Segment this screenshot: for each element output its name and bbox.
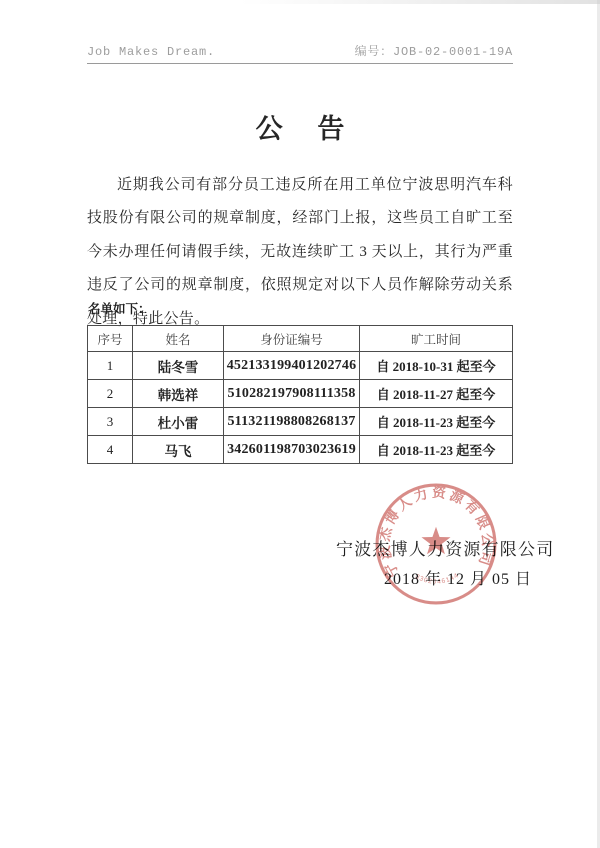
- header-slogan: Job Makes Dream.: [87, 45, 215, 59]
- table-header-row: 序号 姓名 身份证编号 旷工时间: [88, 326, 513, 352]
- column-header-id-number: 身份证编号: [224, 326, 360, 352]
- cell-absence-period: 自 2018-11-23 起至今: [360, 436, 513, 464]
- table-row: 3 杜小雷 511321198808268137 自 2018-11-23 起至…: [88, 408, 513, 436]
- column-header-name: 姓名: [133, 326, 224, 352]
- cell-serial: 2: [88, 380, 133, 408]
- cell-id-number: 452133199401202746: [224, 352, 360, 380]
- page-title: 公 告: [0, 107, 600, 146]
- cell-id-number: 342601198703023619: [224, 436, 360, 464]
- header-doc-number: 编号：JOB-02-0001-19A: [355, 42, 513, 59]
- dismissal-roster-table: 序号 姓名 身份证编号 旷工时间 1 陆冬雪 45213319940120274…: [87, 325, 513, 464]
- table-row: 2 韩选祥 510282197908111358 自 2018-11-27 起至…: [88, 380, 513, 408]
- column-header-serial: 序号: [88, 326, 133, 352]
- cell-absence-period: 自 2018-10-31 起至今: [360, 352, 513, 380]
- cell-name: 马飞: [133, 436, 224, 464]
- cell-serial: 4: [88, 436, 133, 464]
- table-row: 4 马飞 342601198703023619 自 2018-11-23 起至今: [88, 436, 513, 464]
- cell-name: 杜小雷: [133, 408, 224, 436]
- cell-name: 陆冬雪: [133, 352, 224, 380]
- doc-number-label: 编号：: [355, 45, 393, 59]
- cell-name: 韩选祥: [133, 380, 224, 408]
- list-label: 名单如下：: [88, 299, 151, 317]
- cell-id-number: 511321198808268137: [224, 408, 360, 436]
- cell-absence-period: 自 2018-11-27 起至今: [360, 380, 513, 408]
- document-header: Job Makes Dream. 编号：JOB-02-0001-19A: [87, 42, 513, 64]
- doc-number-value: JOB-02-0001-19A: [393, 45, 513, 59]
- column-header-absence-period: 旷工时间: [360, 326, 513, 352]
- announcement-document: Job Makes Dream. 编号：JOB-02-0001-19A 公 告 …: [0, 0, 600, 848]
- cell-id-number: 510282197908111358: [224, 380, 360, 408]
- signature-company-name: 宁波杰博人力资源有限公司: [336, 535, 554, 560]
- cell-serial: 1: [88, 352, 133, 380]
- signature-date: 2018 年 12 月 05 日: [384, 566, 532, 589]
- cell-serial: 3: [88, 408, 133, 436]
- cell-absence-period: 自 2018-11-23 起至今: [360, 408, 513, 436]
- table-row: 1 陆冬雪 452133199401202746 自 2018-10-31 起至…: [88, 352, 513, 380]
- scan-artifact-top: [240, 0, 600, 4]
